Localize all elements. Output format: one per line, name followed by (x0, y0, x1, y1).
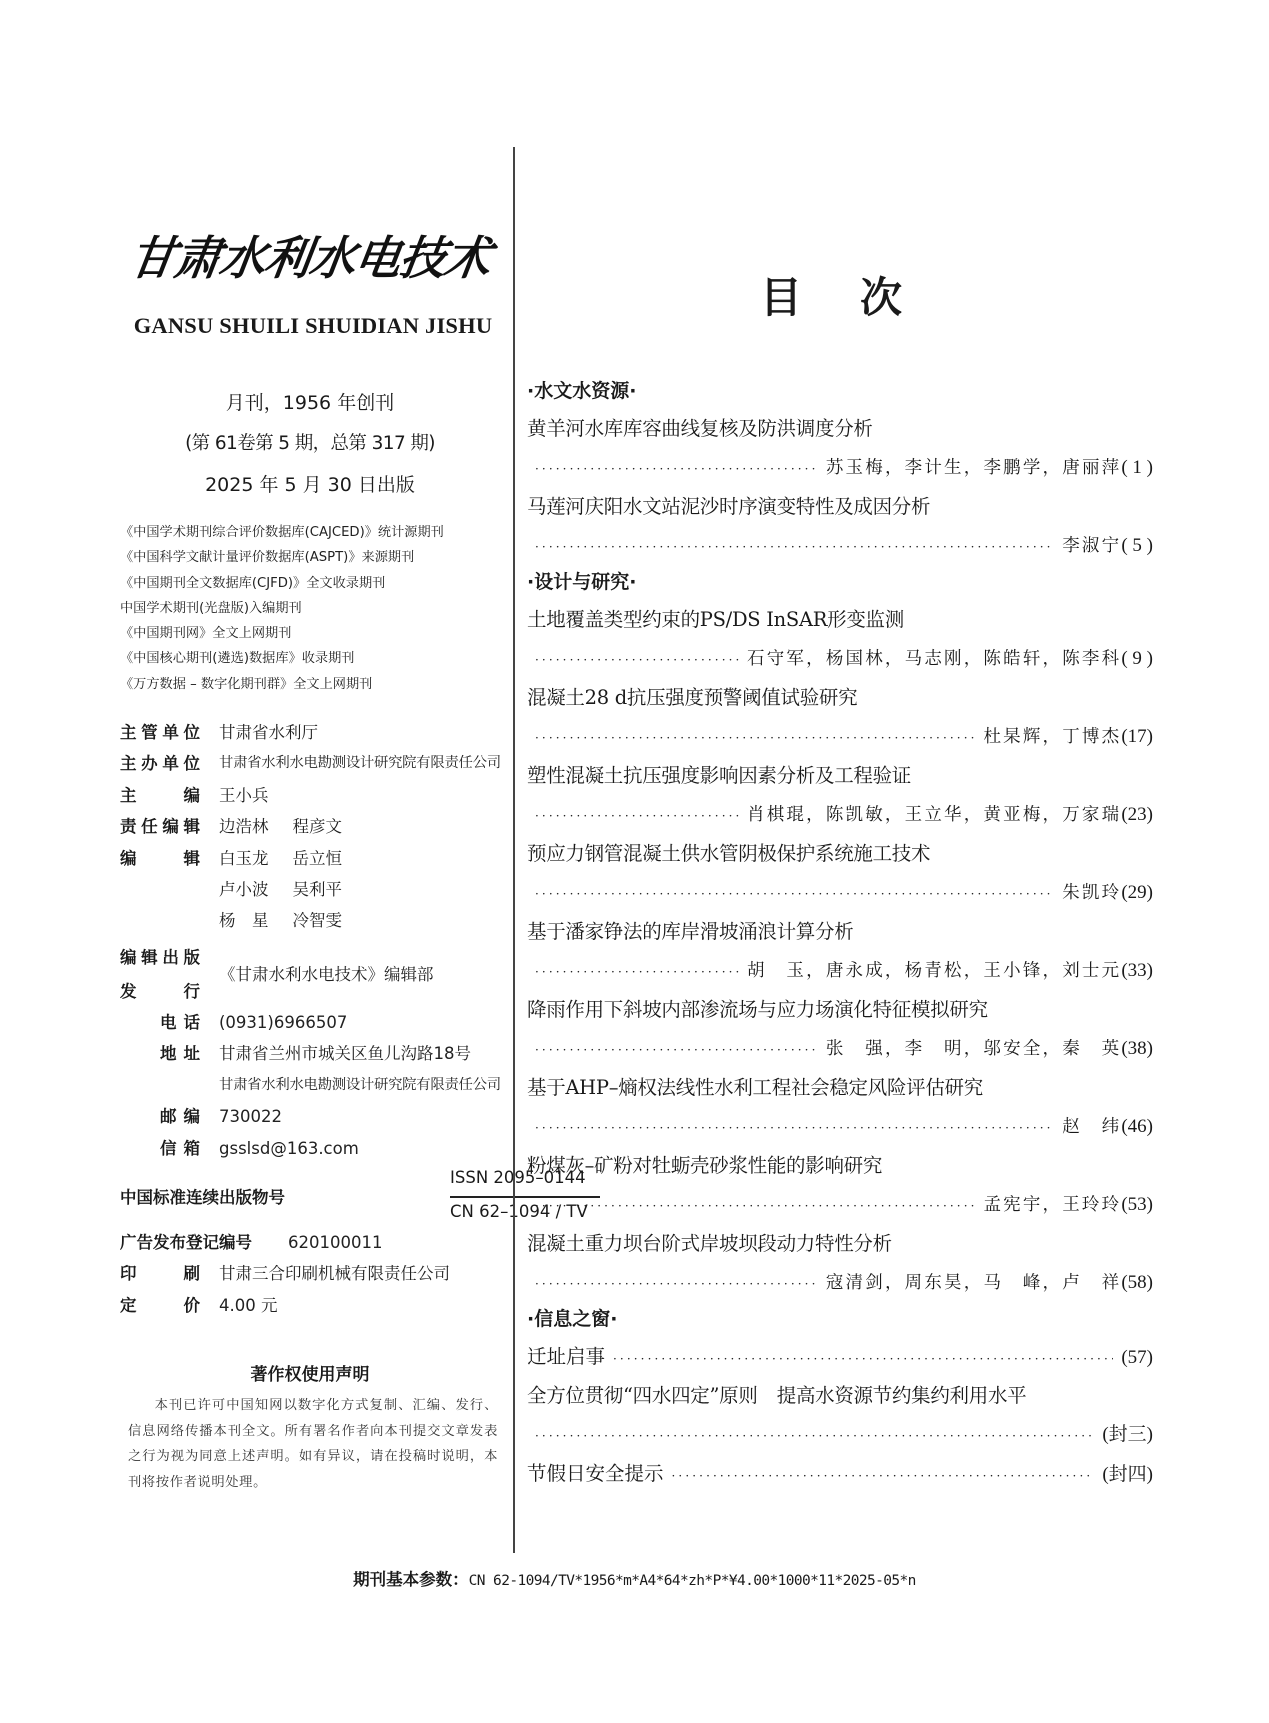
printer-row: 印刷 甘肃三合印刷机械有限责任公司 (120, 1258, 520, 1289)
leader-dots (535, 1187, 975, 1226)
sponsor-label: 主办单位 (120, 748, 200, 779)
leader-dots (535, 1265, 818, 1304)
editor-name: 吴利平 (293, 880, 343, 899)
leader-dots (535, 1109, 1054, 1148)
serial-label: 中国标准连续出版物号 (120, 1184, 285, 1208)
volume-issue: (第 61卷第 5 期，总第 317 期) (120, 429, 500, 455)
copyright-title: 著作权使用声明 (120, 1360, 500, 1385)
toc-page-number: (29) (1121, 873, 1153, 912)
toc-article-byline[interactable]: 石守军，杨国林，马志刚，陈皓轩，陈李科( 9 ) (527, 639, 1153, 678)
address-row-2: 甘肃省水利水电勘测设计研究院有限责任公司 (120, 1070, 520, 1101)
editor-name: 边浩林 (219, 817, 269, 836)
toc-info-item[interactable]: 节假日安全提示(封四) (527, 1454, 1153, 1493)
leader-dots (535, 953, 739, 992)
toc-article-title[interactable]: 土地覆盖类型约束的PS/DS InSAR形变监测 (527, 600, 1153, 639)
toc-article-title[interactable]: 预应力钢管混凝土供水管阴极保护系统施工技术 (527, 834, 1153, 873)
toc-article-title[interactable]: 降雨作用下斜坡内部渗流场与应力场演化特征模拟研究 (527, 990, 1153, 1029)
address-line1: 甘肃省兰州市城关区鱼儿沟路18号 (219, 1038, 471, 1069)
toc-article-authors: 苏玉梅，李计生，李鹏学，唐丽萍 (826, 449, 1122, 488)
toc-info-item[interactable]: (封三) (527, 1415, 1153, 1454)
leader-dots (535, 450, 818, 489)
email-label: 信箱 (160, 1133, 200, 1164)
supervisor-row: 主管单位 甘肃省水利厅 (120, 717, 520, 748)
journal-logo-calligraphy: 甘肃水利水电技术 (125, 222, 505, 292)
copyright-body: 本刊已许可中国知网以数字化方式复制、汇编、发行、信息网络传播本刊全文。所有署名作… (128, 1393, 498, 1495)
toc-page-number: (57) (1121, 1338, 1153, 1377)
editors-row: 卢小波吴利平 (120, 874, 520, 905)
serial-number-block: 中国标准连续出版物号 ISSN 2095–0144 CN 62–1094 / T… (120, 1168, 520, 1228)
address-line2: 甘肃省水利水电勘测设计研究院有限责任公司 (219, 1070, 501, 1101)
distribution-label: 发行 (120, 978, 200, 1002)
toc-article-authors: 胡 玉，唐永成，杨青松，王小锋，刘士元 (747, 952, 1121, 991)
supervisor-label: 主管单位 (120, 717, 200, 748)
toc-article-byline[interactable]: 张 强，李 明，邬安全，秦 英(38) (527, 1029, 1153, 1068)
address-label: 地址 (160, 1038, 200, 1069)
toc-article-title[interactable]: 混凝土重力坝台阶式岸坡坝段动力特性分析 (527, 1224, 1153, 1263)
editor-name: 卢小波 (219, 880, 269, 899)
masthead-staff: 主管单位 甘肃省水利厅 主办单位 甘肃省水利水电勘测设计研究院有限责任公司 主编… (120, 717, 520, 937)
toc-article-authors: 孟宪宇，王玲玲 (983, 1186, 1121, 1225)
toc-title-left: 目 (760, 273, 802, 322)
toc-article-byline[interactable]: 杜杲辉，丁博杰(17) (527, 717, 1153, 756)
toc-article-title[interactable]: 塑性混凝土抗压强度影响因素分析及工程验证 (527, 756, 1153, 795)
editors-row: 编辑 白玉龙岳立恒 (120, 843, 520, 874)
leader-dots (613, 1340, 1113, 1379)
publish-date: 2025 年 5 月 30 日出版 (120, 470, 500, 497)
price-value: 4.00 元 (219, 1290, 277, 1321)
toc-page-number: (53) (1121, 1185, 1153, 1224)
leader-dots (535, 875, 1054, 914)
editor-name: 冷智雯 (293, 911, 343, 930)
editors-value: 杨 星冷智雯 (219, 905, 342, 936)
column-divider (513, 147, 515, 1553)
toc-article-title[interactable]: 基于潘家铮法的库岸滑坡涌浪计算分析 (527, 912, 1153, 951)
ad-label: 广告发布登记编号 (120, 1227, 252, 1258)
email-value: gsslsd@163.com (219, 1133, 359, 1164)
toc-info-title: 迁址启事 (527, 1337, 605, 1376)
sponsor-row: 主办单位 甘肃省水利水电勘测设计研究院有限责任公司 (120, 748, 520, 779)
toc-article-title[interactable]: 粉煤灰–矿粉对牡蛎壳砂浆性能的影响研究 (527, 1146, 1153, 1185)
toc-page-number: (17) (1121, 717, 1153, 756)
parameters-label: 期刊基本参数： (353, 1570, 469, 1589)
email-row: 信箱 gsslsd@163.com (120, 1133, 520, 1164)
postcode-value: 730022 (219, 1101, 282, 1132)
editors-value: 卢小波吴利平 (219, 874, 342, 905)
indexing-item: 《中国期刊网》全文上网期刊 (120, 621, 520, 646)
chief-editor-row: 主编 王小兵 (120, 780, 520, 811)
address-row: 地址 甘肃省兰州市城关区鱼儿沟路18号 (120, 1038, 520, 1069)
editor-name: 白玉龙 (219, 849, 269, 868)
parameters-value: CN 62-1094/TV*1956*m*A4*64*zh*P*¥4.00*10… (469, 1573, 916, 1589)
toc-section-heading: ·信息之窗· (527, 1302, 1153, 1337)
leader-dots (535, 528, 1054, 567)
indexing-list: 《中国学术期刊综合评价数据库(CAJCED)》统计源期刊 《中国科学文献计量评价… (120, 520, 520, 697)
toc-article-authors: 寇清剑，周东昊，马 峰，卢 祥 (826, 1264, 1122, 1303)
toc-article-authors: 李淑宁 (1062, 527, 1121, 566)
leader-dots (672, 1457, 1095, 1496)
toc-page-number: (封三) (1102, 1415, 1153, 1454)
toc-info-title[interactable]: 全方位贯彻“四水四定”原则 提高水资源节约集约利用水平 (527, 1376, 1153, 1415)
leader-dots (535, 719, 975, 758)
journal-name-english: GANSU SHUILI SHUIDIAN JISHU (123, 313, 503, 339)
indexing-item: 中国学术期刊(光盘版)入编期刊 (120, 596, 520, 621)
toc-article-title[interactable]: 黄羊河水库库容曲线复核及防洪调度分析 (527, 409, 1153, 448)
toc-page-number: (封四) (1102, 1455, 1153, 1494)
sponsor-value: 甘肃省水利水电勘测设计研究院有限责任公司 (219, 748, 501, 779)
phone-row: 电话 (0931)6966507 (120, 1007, 520, 1038)
indexing-item: 《万方数据 – 数字化期刊群》全文上网期刊 (120, 672, 520, 697)
editor-name: 程彦文 (293, 817, 343, 836)
toc-title-right: 次 (860, 273, 902, 322)
toc-article-authors: 杜杲辉，丁博杰 (983, 718, 1121, 757)
toc-page-number: ( 1 ) (1121, 448, 1153, 487)
toc-title: 目次 (760, 265, 902, 325)
indexing-item: 《中国核心期刊(遴选)数据库》收录期刊 (120, 646, 520, 671)
phone-label: 电话 (160, 1007, 200, 1038)
toc-page-number: (23) (1121, 795, 1153, 834)
toc-article-byline[interactable]: 肖棋琨，陈凯敏，王立华，黄亚梅，万家瑞(23) (527, 795, 1153, 834)
toc-article-authors: 赵 纬 (1062, 1108, 1121, 1147)
editor-name: 杨 星 (219, 911, 269, 930)
publishing-label: 编辑出版 (120, 944, 200, 968)
editors-value: 白玉龙岳立恒 (219, 843, 342, 874)
toc-article-authors: 石守军，杨国林，马志刚，陈皓轩，陈李科 (747, 640, 1121, 679)
indexing-item: 《中国科学文献计量评价数据库(ASPT)》来源期刊 (120, 545, 520, 570)
leader-dots (535, 1031, 818, 1070)
editors-row: 杨 星冷智雯 (120, 905, 520, 936)
chief-editor-value: 王小兵 (219, 780, 269, 811)
price-row: 定价 4.00 元 (120, 1290, 520, 1321)
toc-article-title[interactable]: 马莲河庆阳水文站泥沙时序演变特性及成因分析 (527, 487, 1153, 526)
toc-article-authors: 朱凯玲 (1062, 874, 1121, 913)
leader-dots (535, 1417, 1094, 1456)
journal-parameters: 期刊基本参数：CN 62-1094/TV*1956*m*A4*64*zh*P*¥… (0, 1566, 1269, 1590)
ad-value: 620100011 (288, 1227, 382, 1258)
indexing-item: 《中国学术期刊综合评价数据库(CAJCED)》统计源期刊 (120, 520, 520, 545)
toc-page-number: ( 9 ) (1121, 639, 1153, 678)
toc-article-title[interactable]: 基于AHP–熵权法线性水利工程社会稳定风险评估研究 (527, 1068, 1153, 1107)
toc-page-number: (58) (1121, 1263, 1153, 1302)
toc-section-heading: ·设计与研究· (527, 565, 1153, 600)
toc-article-byline[interactable]: 赵 纬(46) (527, 1107, 1153, 1146)
printer-value: 甘肃三合印刷机械有限责任公司 (219, 1258, 450, 1289)
publisher-value: 《甘肃水利水电技术》编辑部 (219, 961, 434, 985)
leader-dots (535, 797, 739, 836)
responsible-editors-row: 责任编辑 边浩林程彦文 (120, 811, 520, 842)
toc-info-title: 节假日安全提示 (527, 1454, 664, 1493)
toc-article-byline[interactable]: 苏玉梅，李计生，李鹏学，唐丽萍( 1 ) (527, 448, 1153, 487)
table-of-contents: ·水文水资源· 黄羊河水库库容曲线复核及防洪调度分析 苏玉梅，李计生，李鹏学，唐… (527, 374, 1153, 1493)
responsible-editors-label: 责任编辑 (120, 811, 200, 842)
toc-info-item[interactable]: 迁址启事(57) (527, 1337, 1153, 1376)
toc-article-byline[interactable]: 胡 玉，唐永成，杨青松，王小锋，刘士元(33) (527, 951, 1153, 990)
toc-article-byline[interactable]: 孟宪宇，王玲玲(53) (527, 1185, 1153, 1224)
publisher-block: 编辑出版 发行 《甘肃水利水电技术》编辑部 (120, 944, 520, 1010)
leader-dots (535, 641, 739, 680)
toc-page-number: (33) (1121, 951, 1153, 990)
indexing-item: 《中国期刊全文数据库(CJFD)》全文收录期刊 (120, 571, 520, 596)
toc-article-byline[interactable]: 朱凯玲(29) (527, 873, 1153, 912)
responsible-editors-value: 边浩林程彦文 (219, 811, 342, 842)
toc-article-authors: 张 强，李 明，邬安全，秦 英 (826, 1030, 1122, 1069)
editors-label: 编辑 (120, 843, 200, 874)
toc-page-number: (38) (1121, 1029, 1153, 1068)
misc-block: 广告发布登记编号 620100011 印刷 甘肃三合印刷机械有限责任公司 定价 … (120, 1227, 520, 1321)
editor-name: 岳立恒 (293, 849, 343, 868)
postcode-row: 邮编 730022 (120, 1101, 520, 1132)
price-label: 定价 (120, 1290, 200, 1321)
supervisor-value: 甘肃省水利厅 (219, 717, 318, 748)
contact-block: 电话 (0931)6966507 地址 甘肃省兰州市城关区鱼儿沟路18号 甘肃省… (120, 1007, 520, 1164)
toc-article-title[interactable]: 混凝土28 d抗压强度预警阈值试验研究 (527, 678, 1153, 717)
toc-article-authors: 肖棋琨，陈凯敏，王立华，黄亚梅，万家瑞 (747, 796, 1121, 835)
chief-editor-label: 主编 (120, 780, 200, 811)
toc-article-byline[interactable]: 寇清剑，周东昊，马 峰，卢 祥(58) (527, 1263, 1153, 1302)
frequency-founded: 月刊，1956 年创刊 (120, 388, 500, 415)
ad-row: 广告发布登记编号 620100011 (120, 1227, 520, 1258)
toc-section-heading: ·水文水资源· (527, 374, 1153, 409)
toc-page-number: (46) (1121, 1107, 1153, 1146)
toc-article-byline[interactable]: 李淑宁( 5 ) (527, 526, 1153, 565)
postcode-label: 邮编 (160, 1101, 200, 1132)
toc-page-number: ( 5 ) (1121, 526, 1153, 565)
printer-label: 印刷 (120, 1258, 200, 1289)
phone-value: (0931)6966507 (219, 1007, 347, 1038)
